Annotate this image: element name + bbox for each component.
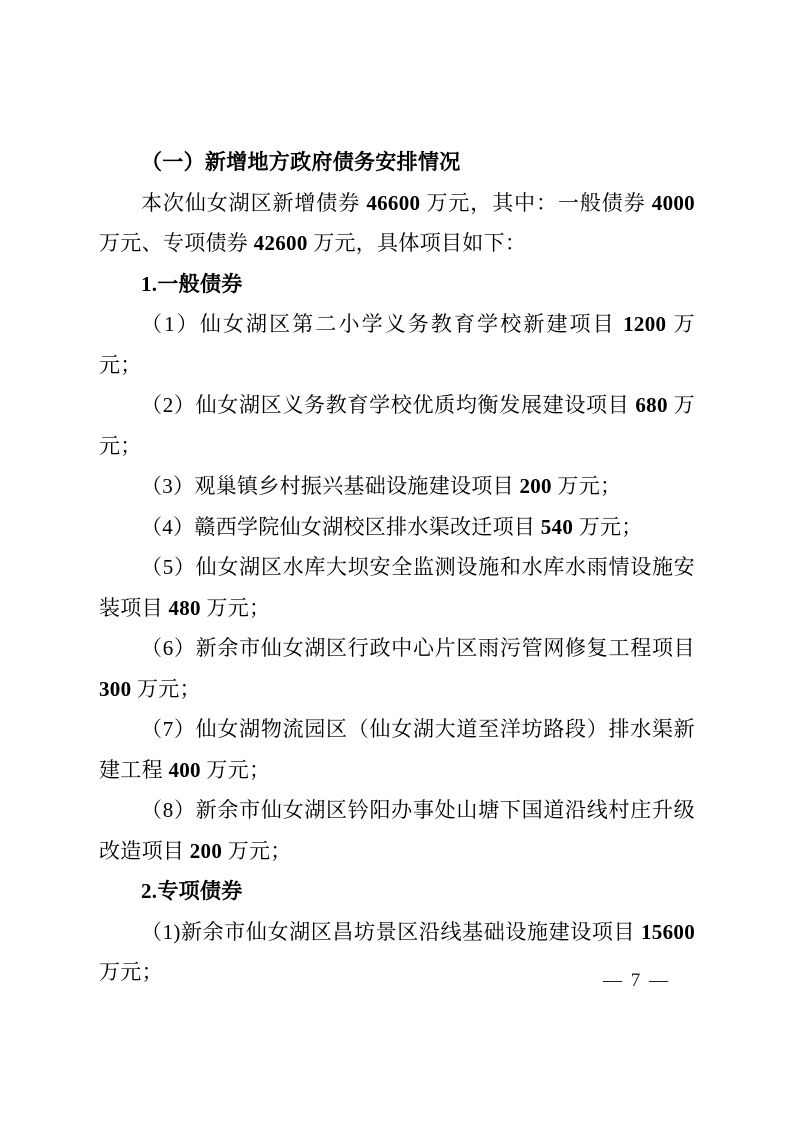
general-bond-item-7: （7）仙女湖物流园区（仙女湖大道至洋坊路段）排水渠新建工程 400 万元； — [99, 709, 695, 790]
bold-text-run: 400 — [168, 758, 200, 782]
page-number: — 7 — — [603, 961, 670, 1001]
text-run: 本次仙女湖区新增债券 — [141, 191, 366, 215]
text-run: 万元； — [131, 677, 200, 701]
general-bond-item-8: （8）新余市仙女湖区钤阳办事处山塘下国道沿线村庄升级改造项目 200 万元； — [99, 790, 695, 871]
bold-text-run: 4000 — [652, 191, 695, 215]
bold-text-run: 15600 — [641, 920, 695, 944]
text-run: （8）新余市仙女湖区钤阳办事处山塘下国道沿线村庄升级改造项目 — [99, 798, 695, 863]
text-run: 万元； — [222, 839, 291, 863]
section-heading: （一）新增地方政府债务安排情况 — [99, 142, 695, 183]
text-run: 万元； — [99, 960, 163, 984]
document-body: （一）新增地方政府债务安排情况本次仙女湖区新增债券 46600 万元，其中：一般… — [99, 142, 695, 993]
bold-text-run: 200 — [190, 839, 222, 863]
text-run: 万元，具体项目如下： — [308, 231, 527, 255]
text-run: 万元； — [201, 758, 270, 782]
intro-paragraph: 本次仙女湖区新增债券 46600 万元，其中：一般债券 4000 万元、专项债券… — [99, 183, 695, 264]
general-bond-item-2: （2）仙女湖区义务教育学校优质均衡发展建设项目 680 万元； — [99, 385, 695, 466]
text-run: 万元； — [573, 515, 642, 539]
general-bond-item-5: （5）仙女湖区水库大坝安全监测设施和水库水雨情设施安装项目 480 万元； — [99, 547, 695, 628]
bold-text-run: 300 — [99, 677, 131, 701]
bold-text-run: 200 — [519, 474, 551, 498]
bold-text-run: 1.一般债券 — [141, 272, 243, 296]
bold-text-run: （一）新增地方政府债务安排情况 — [141, 150, 461, 174]
text-run: 万元、专项债券 — [99, 231, 254, 255]
bold-text-run: 540 — [541, 515, 573, 539]
bold-text-run: 2.专项债券 — [141, 879, 243, 903]
subheading-special-bonds: 2.专项债券 — [99, 871, 695, 912]
bold-text-run: 480 — [168, 596, 200, 620]
text-run: （2）仙女湖区义务教育学校优质均衡发展建设项目 — [141, 393, 635, 417]
text-run: （3）观巢镇乡村振兴基础设施建设项目 — [141, 474, 519, 498]
text-run: 万元； — [552, 474, 621, 498]
text-run: （4）赣西学院仙女湖校区排水渠改迁项目 — [141, 515, 541, 539]
general-bond-item-3: （3）观巢镇乡村振兴基础设施建设项目 200 万元； — [99, 466, 695, 507]
text-run: 万元，其中：一般债券 — [420, 191, 651, 215]
bold-text-run: 1200 — [623, 312, 666, 336]
general-bond-item-1: （1）仙女湖区第二小学义务教育学校新建项目 1200 万元； — [99, 304, 695, 385]
document-page: （一）新增地方政府债务安排情况本次仙女湖区新增债券 46600 万元，其中：一般… — [0, 0, 793, 1122]
bold-text-run: 680 — [635, 393, 667, 417]
text-run: （1）仙女湖区第二小学义务教育学校新建项目 — [141, 312, 623, 336]
bold-text-run: 46600 — [366, 191, 420, 215]
bold-text-run: 42600 — [254, 231, 308, 255]
general-bond-item-6: （6）新余市仙女湖区行政中心片区雨污管网修复工程项目 300 万元； — [99, 628, 695, 709]
subheading-general-bonds: 1.一般债券 — [99, 264, 695, 305]
text-run: （6）新余市仙女湖区行政中心片区雨污管网修复工程项目 — [141, 636, 695, 660]
text-run: 万元； — [201, 596, 270, 620]
text-run: （1)新余市仙女湖区昌坊景区沿线基础设施建设项目 — [141, 920, 641, 944]
general-bond-item-4: （4）赣西学院仙女湖校区排水渠改迁项目 540 万元； — [99, 507, 695, 548]
